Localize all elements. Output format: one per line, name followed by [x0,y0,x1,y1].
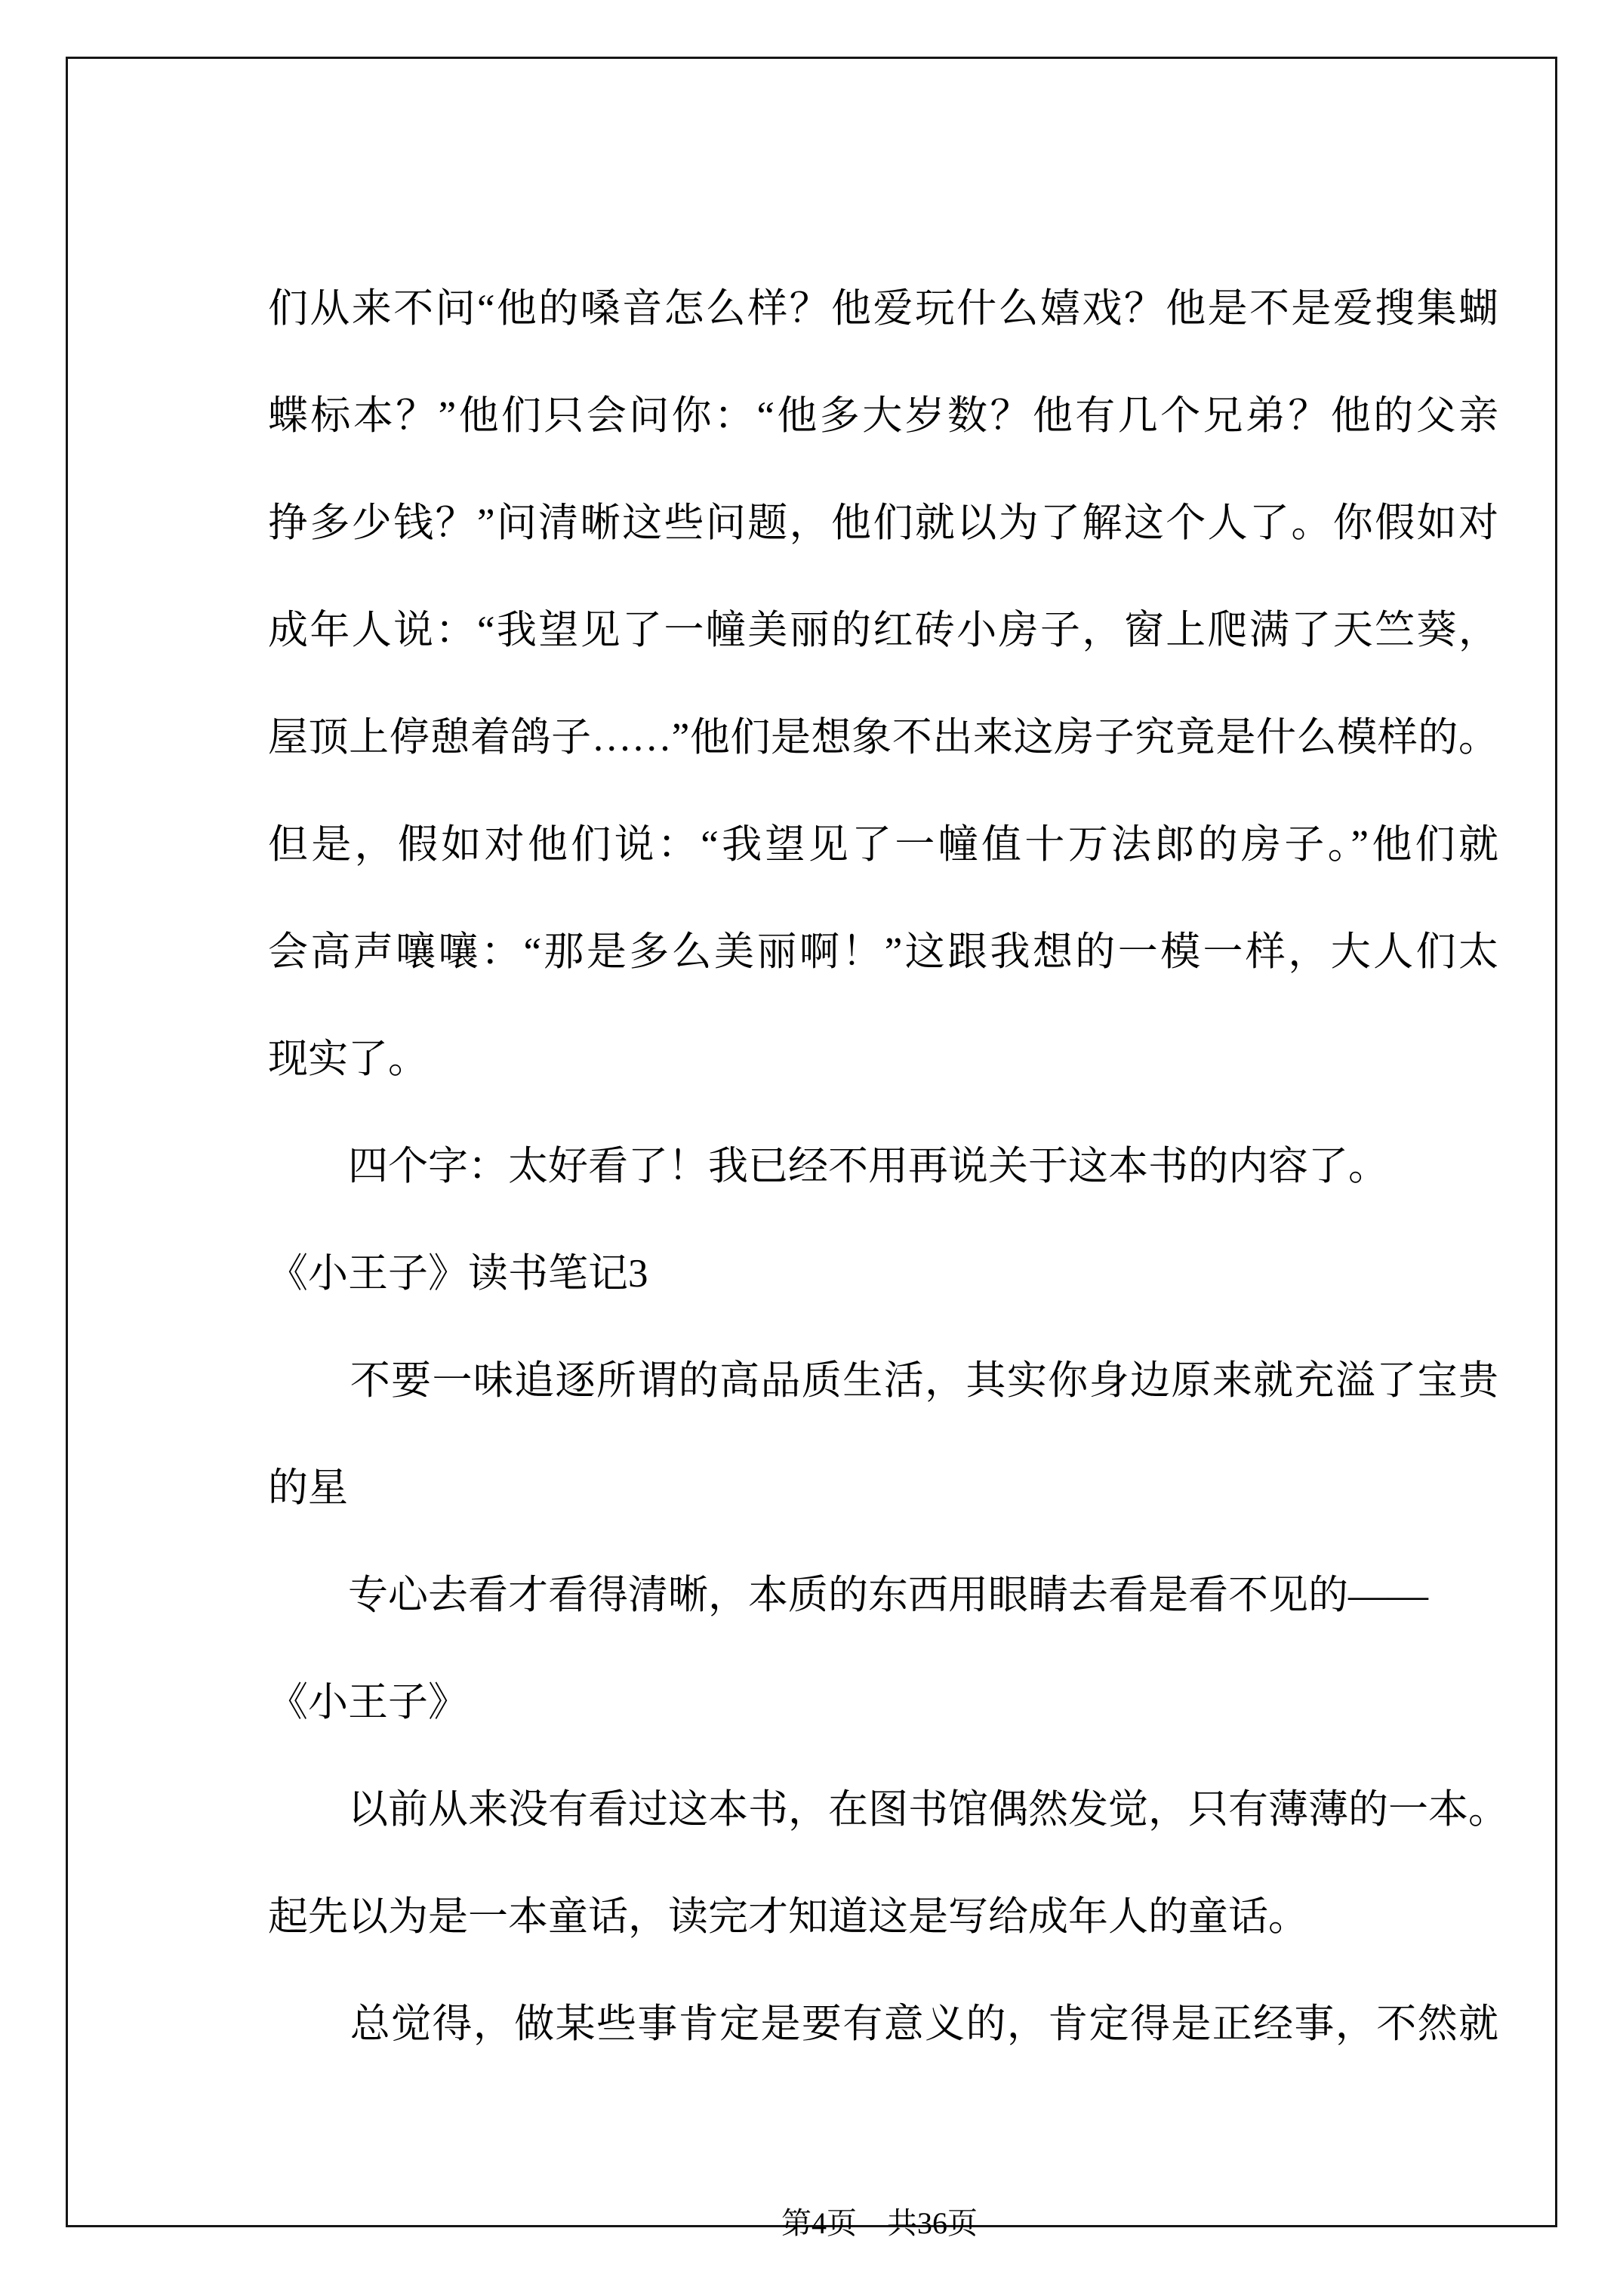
text-line: 屋顶上停憩着鸽子……”他们是想象不出来这房子究竟是什么模样的。 [268,684,1498,791]
page-number-footer: 第4页 共36页 [134,2190,1623,2257]
text-line: 专心去看才看得清晰，本质的东西用眼睛去看是看不见的—— [268,1542,1498,1649]
body-text-block: 们从来不问“他的嗓音怎么样？他爱玩什么嬉戏？他是不是爱搜集蝴蝶标本？”他们只会问… [268,255,1498,2078]
page-border-frame: 们从来不问“他的嗓音怎么样？他爱玩什么嬉戏？他是不是爱搜集蝴蝶标本？”他们只会问… [66,57,1557,2227]
text-line: 们从来不问“他的嗓音怎么样？他爱玩什么嬉戏？他是不是爱搜集蝴 [268,255,1498,362]
text-line: 起先以为是一本童话，读完才知道这是写给成年人的童话。 [268,1863,1498,1971]
text-line: 成年人说：“我望见了一幢美丽的红砖小房子，窗上爬满了天竺葵， [268,577,1498,684]
document-page: 们从来不问“他的嗓音怎么样？他爱玩什么嬉戏？他是不是爱搜集蝴蝶标本？”他们只会问… [0,0,1623,2296]
text-line: 以前从来没有看过这本书，在图书馆偶然发觉，只有薄薄的一本。 [268,1756,1498,1863]
text-line: 《小王子》读书笔记3 [268,1220,1498,1327]
text-line: 不要一味追逐所谓的高品质生活，其实你身边原来就充溢了宝贵 [268,1327,1498,1435]
text-line: 蝶标本？”他们只会问你：“他多大岁数？他有几个兄弟？他的父亲 [268,362,1498,470]
text-line: 会高声嚷嚷：“那是多么美丽啊！”这跟我想的一模一样，大人们太 [268,898,1498,1006]
text-line: 四个字：太好看了！我已经不用再说关于这本书的内容了。 [268,1113,1498,1220]
text-line: 但是，假如对他们说：“我望见了一幢值十万法郎的房子。”他们就 [268,791,1498,898]
text-line: 总觉得，做某些事肯定是要有意义的，肯定得是正经事，不然就 [268,1971,1498,2078]
text-line: 的星 [268,1435,1498,1542]
text-line: 现实了。 [268,1006,1498,1113]
text-line: 《小王子》 [268,1649,1498,1756]
text-line: 挣多少钱？”问清晰这些问题，他们就以为了解这个人了。你假如对 [268,470,1498,577]
